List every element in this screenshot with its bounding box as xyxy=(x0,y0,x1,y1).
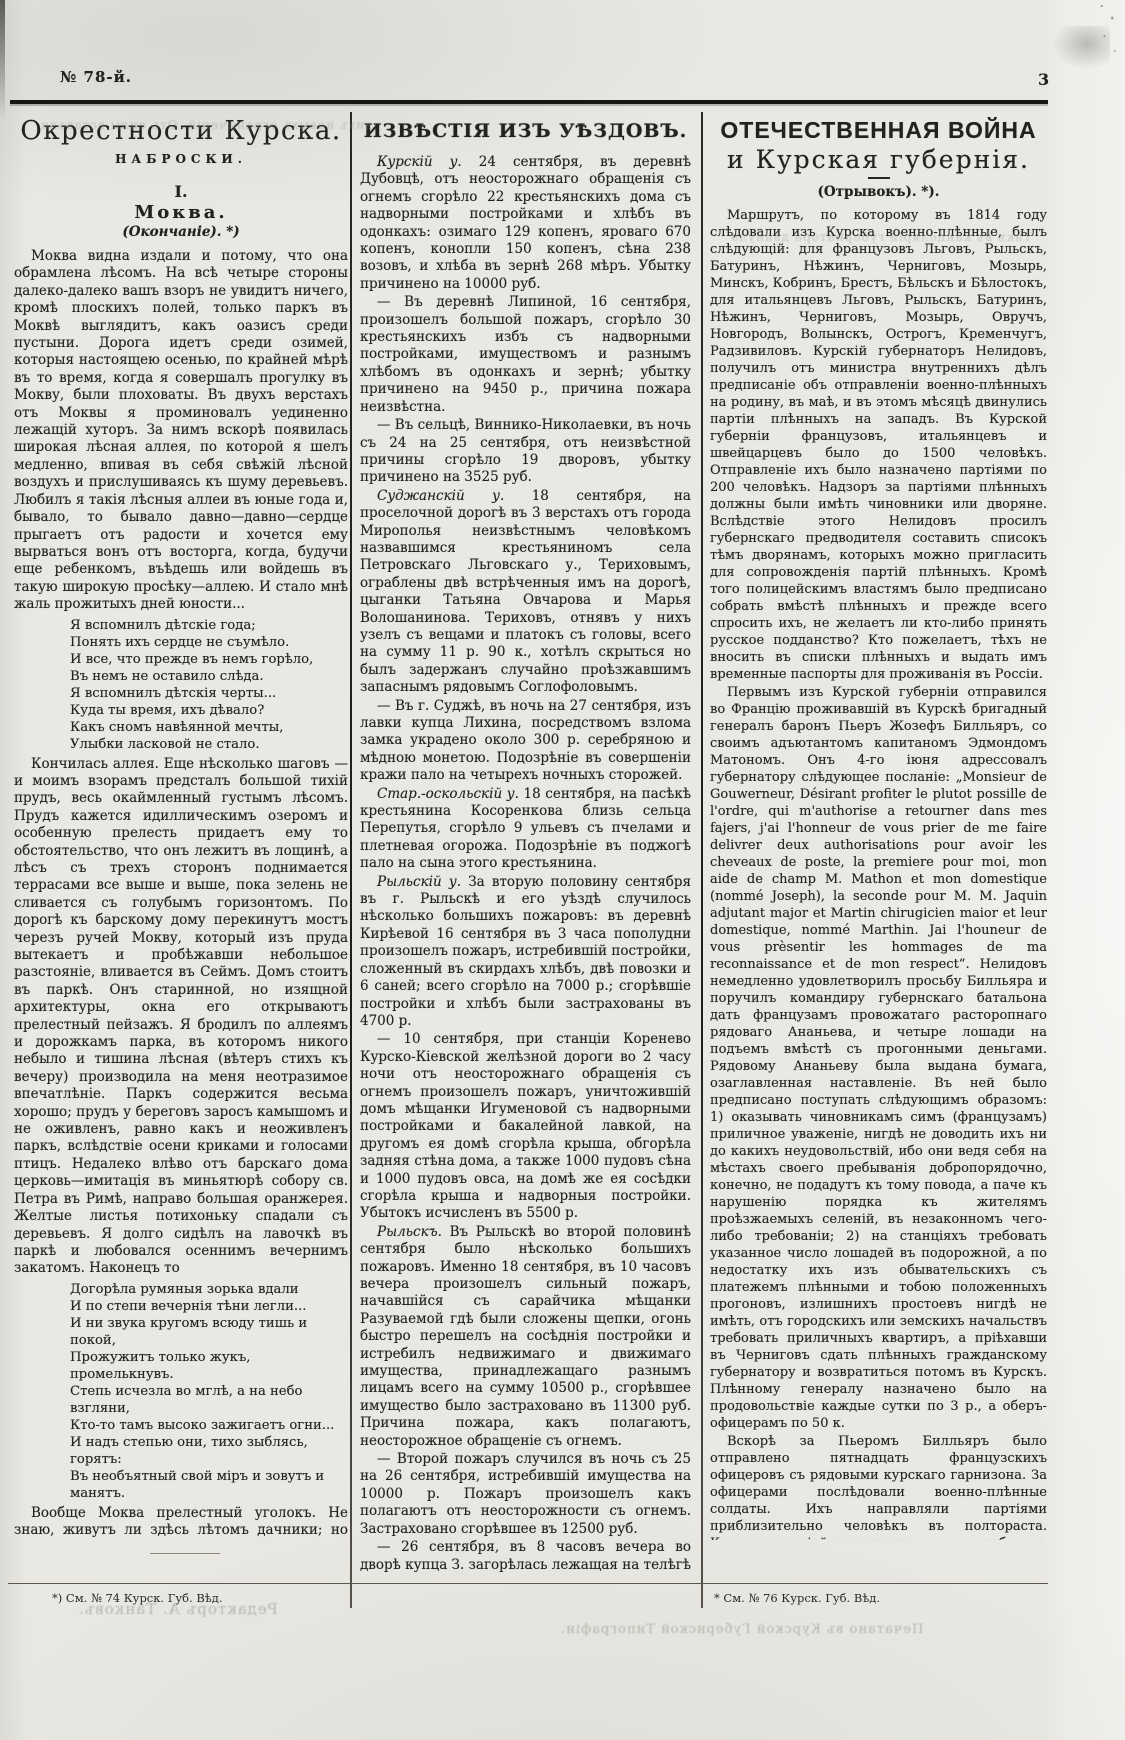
news-item: — Второй пожаръ случился въ ночь съ 25 н… xyxy=(360,1451,691,1538)
paragraph: Первымъ изъ Курской губерніи отправился … xyxy=(710,684,1047,1432)
bleedthrough-top-right: Такъ въ канцеляріи губернатора двинуло xyxy=(730,230,1031,244)
column-3: ОТЕЧЕСТВЕННАЯ ВОЙНА и Курская губернія. … xyxy=(710,112,1047,1540)
news-item-text: 10 сентября, при станціи Коренево Курско… xyxy=(360,1031,691,1221)
news-item-text: Въ деревнѣ Липиной, 16 сентября, произош… xyxy=(360,294,691,414)
district-lead: Стар.-оскольскій у. xyxy=(377,786,519,802)
news-item: Рыльскъ. Въ Рыльскѣ во второй половинѣ с… xyxy=(360,1224,691,1450)
article-title-war-line1: ОТЕЧЕСТВЕННАЯ ВОЙНА xyxy=(710,117,1047,144)
newspaper-page: № 78-й. 3 Окрестности Курска. НАБРОСКИ. … xyxy=(0,0,1125,1740)
district-lead: Курскій у. xyxy=(377,154,462,170)
verse-block: Я вспомнилъ дѣтскіе года; Понять ихъ сер… xyxy=(70,617,348,753)
dash-lead: — xyxy=(377,294,391,310)
paper-fold-line xyxy=(150,1553,220,1554)
news-item-text: 18 сентября, на проселочной дорогѣ въ 3 … xyxy=(360,488,691,695)
news-item-text: Второй пожаръ случился въ ночь съ 25 на … xyxy=(360,1451,691,1537)
news-item: — 10 сентября, при станціи Коренево Курс… xyxy=(360,1031,691,1222)
issue-number: № 78-й. xyxy=(60,68,132,86)
article-subtitle-nabroski: НАБРОСКИ. xyxy=(14,152,348,166)
news-item-text: Въ сельцѣ, Виннико-Николаевки, въ ночь с… xyxy=(360,417,691,485)
dash-lead: — xyxy=(377,1539,391,1555)
footnote-rule xyxy=(8,1583,1048,1584)
section-number: I. xyxy=(14,182,348,201)
masthead-rule xyxy=(10,100,1048,104)
news-item: — 26 сентября, въ 8 часовъ вечера во дво… xyxy=(360,1539,691,1578)
news-item-text: Въ г. Суджѣ, въ ночь на 27 сентября, изъ… xyxy=(360,698,691,784)
district-lead: Рыльскъ. xyxy=(377,1224,442,1240)
page-edge-shadow xyxy=(0,0,5,120)
page-number: 3 xyxy=(1038,70,1049,89)
news-item: Суджанскій у. 18 сентября, на проселочно… xyxy=(360,488,691,697)
news-item: Стар.-оскольскій у. 18 сентября, на пасѣ… xyxy=(360,786,691,873)
paragraph: Кончилась аллея. Еще нѣсколько шаговъ — … xyxy=(14,756,348,1278)
news-item-text: 24 сентября, въ деревнѣ Дубовцѣ, отъ нео… xyxy=(360,154,691,292)
verse-block: Догорѣла румяныя зорька вдали И по степи… xyxy=(70,1281,348,1502)
district-lead: Суджанскій у. xyxy=(377,488,504,504)
news-item-text: Въ Рыльскѣ во второй половинѣ сентября б… xyxy=(360,1224,691,1449)
scan-specks xyxy=(1094,0,1120,60)
district-lead: Рыльскій у. xyxy=(377,874,461,890)
column-rule-1 xyxy=(350,112,352,1608)
column-rule-2 xyxy=(701,112,703,1608)
column-2: ИЗВѢСТІЯ ИЗЪ УѢЗДОВЪ. Курскій у. 24 сент… xyxy=(360,112,691,1578)
news-item: — Въ г. Суджѣ, въ ночь на 27 сентября, и… xyxy=(360,698,691,785)
news-item: — Въ деревнѣ Липиной, 16 сентября, произ… xyxy=(360,294,691,416)
title-divider xyxy=(868,177,890,179)
news-item-text: За вторую половину сентября въ г. Рыльск… xyxy=(360,874,691,1029)
article-title-war-line2: и Курская губернія. xyxy=(710,145,1047,174)
dash-lead: — xyxy=(377,417,391,433)
news-item-text: 26 сентября, въ 8 часовъ вечера во дворѣ… xyxy=(360,1539,691,1578)
dash-lead: — xyxy=(377,1451,391,1467)
section-note: (Окончаніе). *) xyxy=(14,224,348,240)
news-item: Рыльскій у. За вторую половину сентября … xyxy=(360,874,691,1031)
bleedthrough-editor-line: Редакторъ А. Танковъ. xyxy=(78,1600,278,1618)
dash-lead: — xyxy=(377,698,391,714)
column-1: Окрестности Курска. НАБРОСКИ. I. Моква. … xyxy=(14,112,348,1540)
dash-lead: — xyxy=(377,1031,391,1047)
bleedthrough-top-left: вихъ новыхъ ограниченій. Отъ силы встава… xyxy=(40,118,372,132)
paragraph: Моква видна издали и потому, что она обр… xyxy=(14,248,348,614)
article-subtitle-otryvok: (Отрывокъ). *). xyxy=(710,184,1047,200)
bleedthrough-printer-line: Печатано въ Курской Губернской Типографі… xyxy=(560,1622,923,1637)
section-title-mokva: Моква. xyxy=(14,202,348,223)
footnote-col3: * См. № 76 Курск. Губ. Вѣд. xyxy=(714,1591,880,1605)
article-title-izvestiya: ИЗВѢСТІЯ ИЗЪ УѢЗДОВЪ. xyxy=(360,120,691,142)
paragraph: Вообще Моква прелестный уголокъ. Не знаю… xyxy=(14,1505,348,1540)
news-item: — Въ сельцѣ, Виннико-Николаевки, въ ночь… xyxy=(360,417,691,487)
news-item: Курскій у. 24 сентября, въ деревнѣ Дубов… xyxy=(360,154,691,293)
paragraph: Вскорѣ за Пьеромъ Билльяръ было отправле… xyxy=(710,1433,1047,1540)
paragraph: Маршрутъ, по которому въ 1814 году слѣдо… xyxy=(710,207,1047,683)
